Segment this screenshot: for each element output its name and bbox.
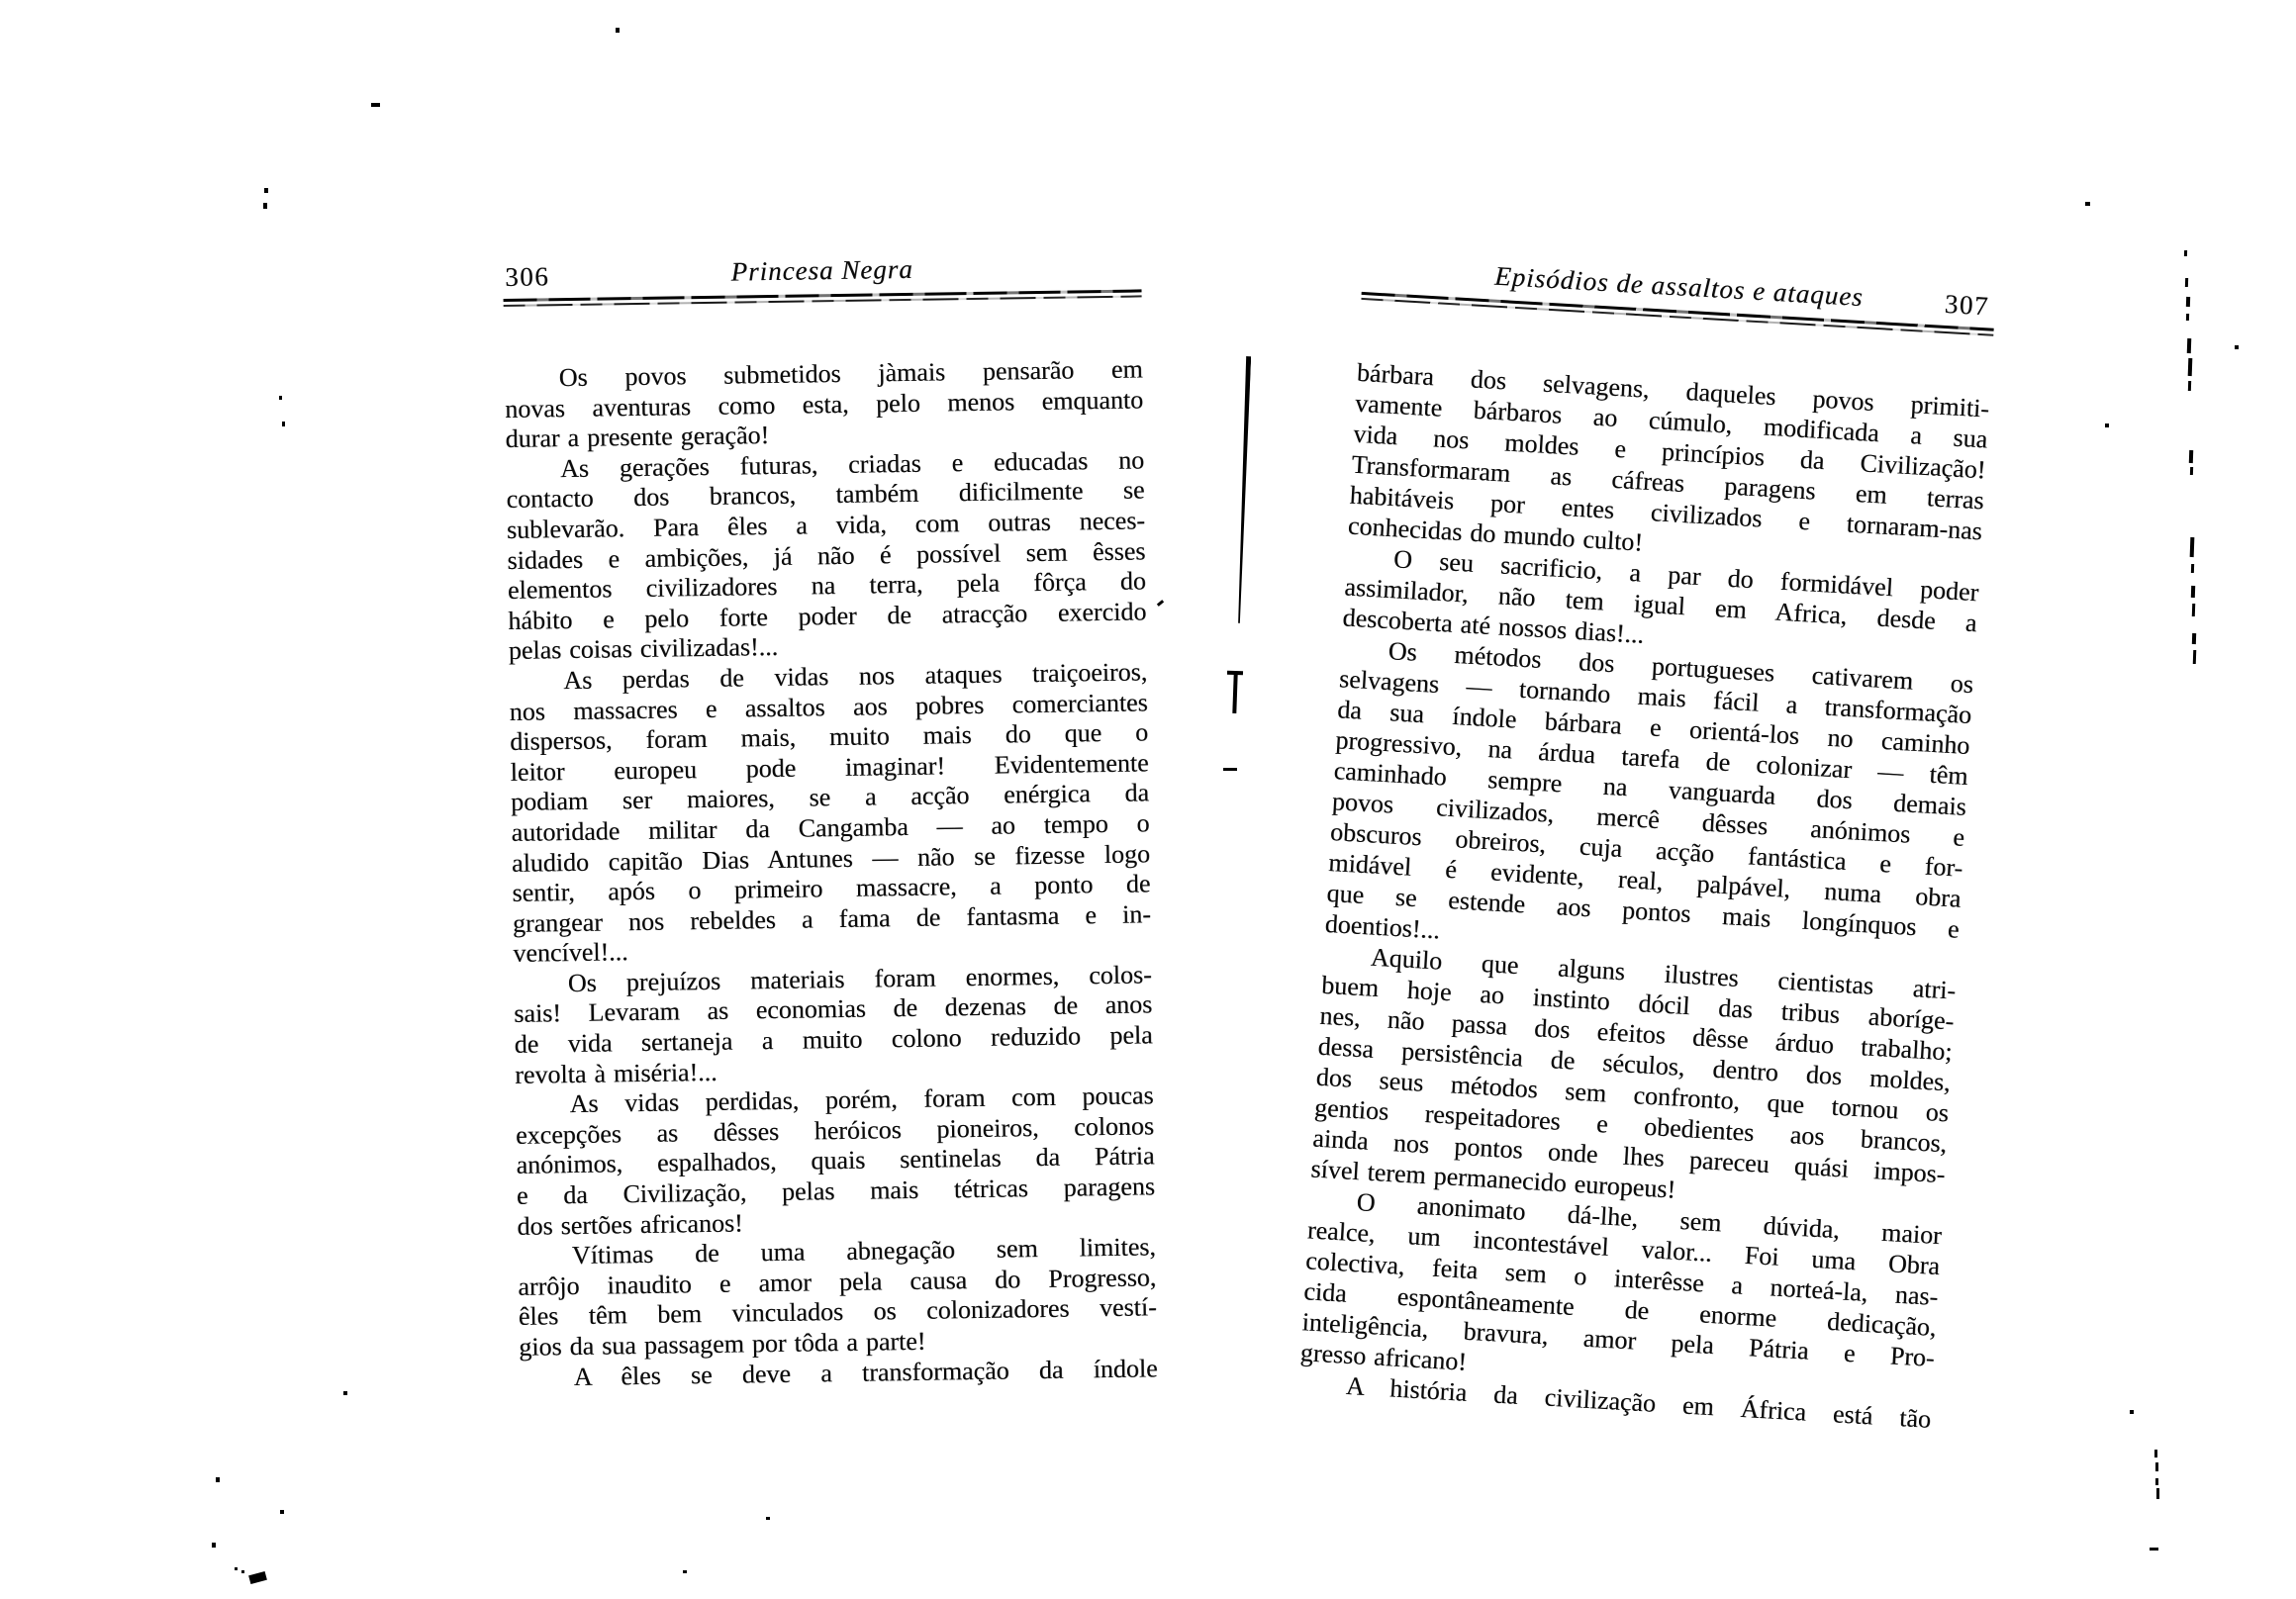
scan-speck [264,188,268,193]
scan-speck [216,1477,220,1482]
scan-speck [2184,250,2187,256]
scan-speck [2187,338,2192,353]
scan-speck [371,103,380,107]
left-page-header: 306 Princesa Negra [503,250,1141,296]
scan-speck [2192,633,2196,644]
paragraph: bárbara dos selvagens, daqueles povos pr… [1347,357,1990,578]
paragraph: Os métodos dos portugueses cativarem oss… [1324,632,1974,975]
scan-speck [683,1570,687,1573]
scan-speck [2130,1410,2134,1414]
paragraph: Aquilo que alguns ilustres cientistas at… [1310,939,1957,1220]
scan-speck [248,1571,267,1584]
paragraph: Vítimas de uma abnegação sem limites,arr… [518,1233,1158,1364]
scan-speck [2155,1462,2158,1471]
paragraph: As vidas perdidas, porém, foram com pouc… [515,1082,1155,1243]
scan-speck [2186,297,2190,307]
gutter-binding-line [1236,356,1251,623]
scan-speck [241,1570,244,1573]
scan-speck [280,1510,284,1514]
scan-speck [282,422,285,426]
paragraph: Os povos submetidos jàmais pensarão emno… [505,354,1144,454]
right-page: 307 Episódios de assaltos e ataques bárb… [1297,253,1996,1435]
scan-speck [2150,1548,2158,1551]
right-page-number: 307 [1944,289,1990,323]
scan-speck [2191,586,2195,598]
scan-speck [2155,1478,2158,1485]
scan-speck [343,1391,347,1395]
left-page-body: Os povos submetidos jàmais pensarão emno… [505,354,1158,1393]
scan-speck [2185,278,2188,287]
scan-speck [2188,381,2191,391]
scan-speck [766,1517,770,1520]
scan-speck [616,28,620,33]
scan-speck [1223,768,1237,771]
scan-speck [2085,202,2090,206]
left-page: 306 Princesa Negra Os povos submetidos j… [503,250,1158,1393]
scan-speck [2154,1450,2157,1458]
gutter-ink-mark [1232,674,1237,713]
scan-speck [2186,314,2189,321]
scan-speck [279,396,282,400]
scan-speck [2189,450,2193,463]
scan-speck [2190,467,2193,475]
paragraph: Os prejuízos materiais foram enormes, co… [514,960,1154,1090]
scan-speck [2188,358,2193,376]
paragraph: As gerações futuras, criadas e educadas … [506,445,1147,667]
scan-speck [2193,650,2196,664]
left-page-number: 306 [505,261,549,293]
scan-speck [2192,604,2195,616]
scan-speck [2235,345,2239,349]
left-running-title: Princesa Negra [503,250,1141,291]
scan-speck [2191,564,2194,573]
scan-speck [235,1567,238,1570]
scan-speck [2156,1488,2159,1499]
paragraph: O anonimato dá-lhe, sem dúvida, maiorrea… [1299,1183,1943,1404]
scan-speck [212,1543,216,1548]
scan-speck [263,203,267,209]
scan-speck [2190,537,2195,557]
scan-speck [2105,423,2109,427]
paragraph: As perdas de vidas nos ataques traiçoeir… [509,657,1151,969]
right-page-body: bárbara dos selvagens, daqueles povos pr… [1297,357,1990,1435]
scan-speck [1157,600,1164,607]
